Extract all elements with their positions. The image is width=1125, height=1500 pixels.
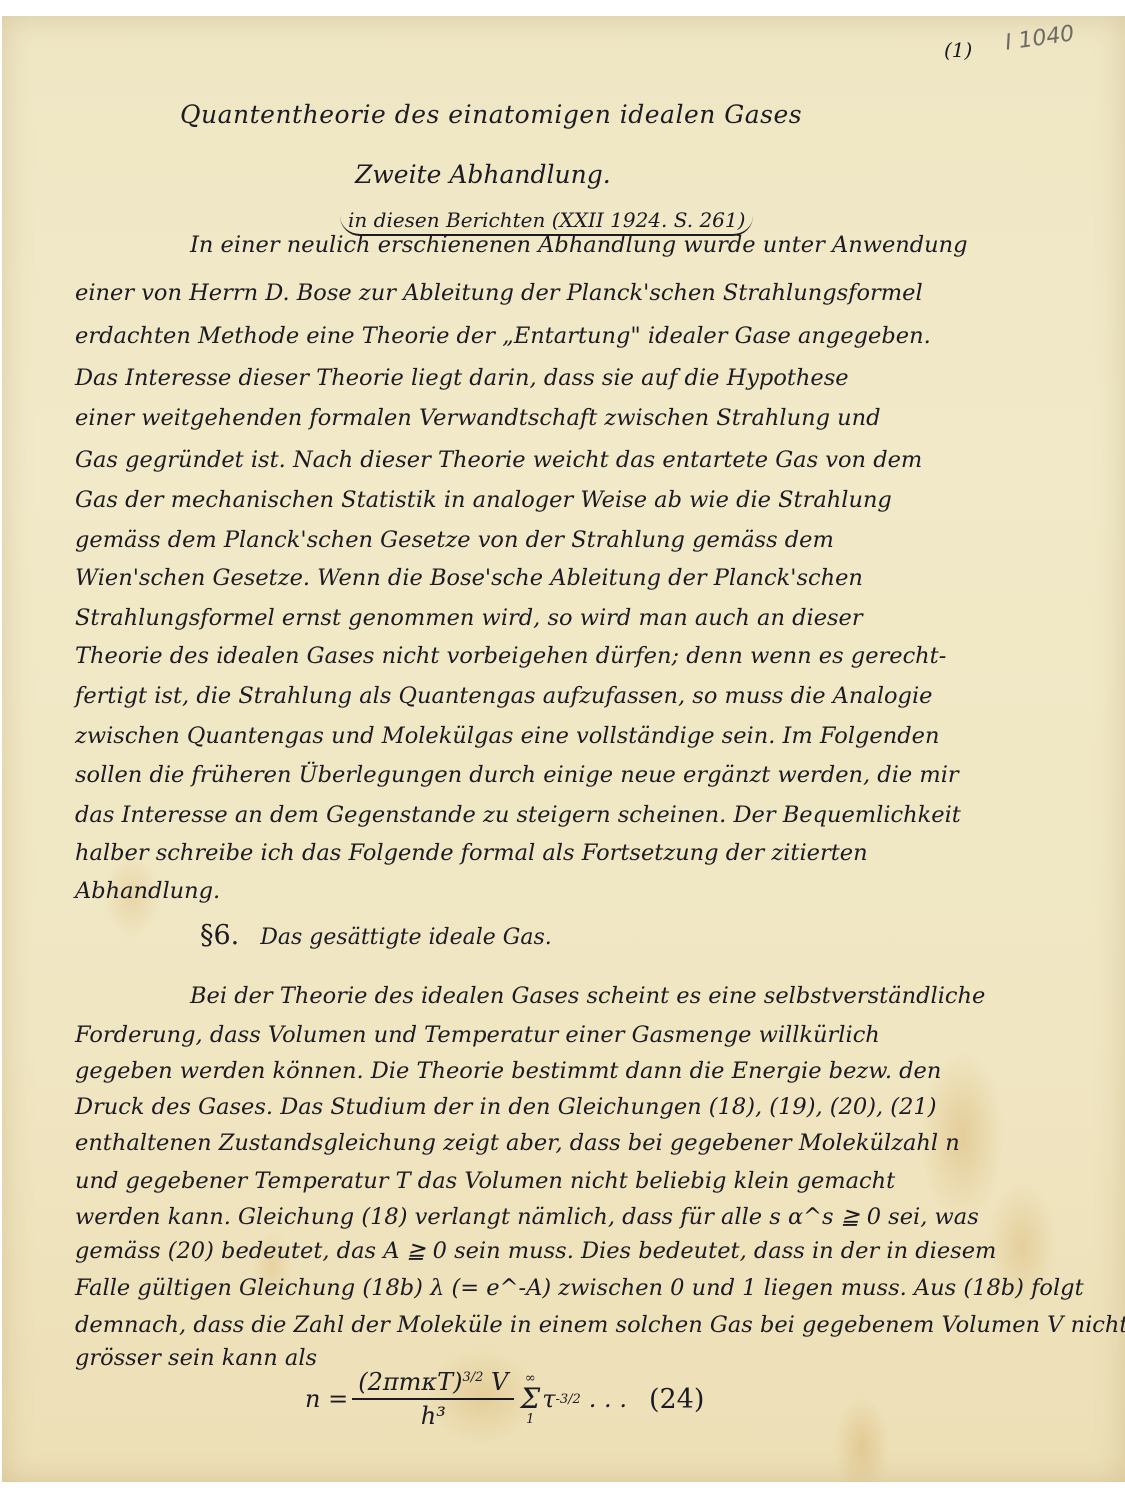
text-line: demnach, dass die Zahl der Moleküle in e… bbox=[75, 1312, 1125, 1338]
equation-dots: . . . bbox=[589, 1385, 627, 1413]
text-line: In einer neulich erschienenen Abhandlung… bbox=[190, 232, 968, 258]
equation-label: (24) bbox=[649, 1384, 704, 1415]
text-line: Das Interesse dieser Theorie liegt darin… bbox=[75, 365, 849, 391]
text-line: Wien'schen Gesetze. Wenn die Bose'sche A… bbox=[75, 565, 863, 591]
text-line: Abhandlung. bbox=[75, 878, 220, 904]
page-number: (1) bbox=[944, 38, 972, 62]
text-line: gegeben werden können. Die Theorie besti… bbox=[75, 1058, 941, 1084]
text-line: und gegebener Temperatur T das Volumen n… bbox=[75, 1168, 895, 1194]
summation-symbol: ∞ Σ 1 bbox=[520, 1372, 540, 1426]
text-line: gemäss dem Planck'schen Gesetze von der … bbox=[75, 527, 834, 553]
text-line: einer von Herrn D. Bose zur Ableitung de… bbox=[75, 280, 923, 306]
text-line: Druck des Gases. Das Studium der in den … bbox=[75, 1094, 936, 1120]
text-line: Gas der mechanischen Statistik in analog… bbox=[75, 487, 892, 513]
text-line: Gas gegründet ist. Nach dieser Theorie w… bbox=[75, 447, 922, 473]
text-line: einer weitgehenden formalen Verwandtscha… bbox=[75, 405, 881, 431]
summation-exponent: -3/2 bbox=[555, 1392, 580, 1407]
text-line: Falle gültigen Gleichung (18b) λ (= e^-A… bbox=[75, 1275, 1084, 1301]
section-number: §6. bbox=[200, 920, 239, 951]
equation-numerator: (2πmκT)3/2 V bbox=[352, 1368, 514, 1400]
section-title: Das gesättigte ideale Gas. bbox=[260, 925, 551, 950]
text-line: grösser sein kann als bbox=[75, 1345, 317, 1371]
text-line: Theorie des idealen Gases nicht vorbeige… bbox=[75, 643, 946, 669]
summation-term: τ bbox=[542, 1385, 555, 1413]
text-line: zwischen Quantengas und Molekülgas eine … bbox=[75, 723, 939, 749]
text-line: sollen die früheren Überlegungen durch e… bbox=[75, 762, 959, 788]
equation-24: n = (2πmκT)3/2 V h³ ∞ Σ 1 τ-3/2 . . . (2… bbox=[305, 1368, 704, 1430]
document-title: Quantentheorie des einatomigen idealen G… bbox=[180, 100, 802, 129]
equation-fraction: (2πmκT)3/2 V h³ bbox=[352, 1368, 514, 1430]
equation-denominator: h³ bbox=[421, 1400, 446, 1430]
document-subtitle: Zweite Abhandlung. bbox=[355, 160, 611, 189]
text-line: erdachten Methode eine Theorie der „Enta… bbox=[75, 323, 931, 349]
text-line: fertigt ist, die Strahlung als Quantenga… bbox=[75, 683, 932, 709]
text-line: enthaltenen Zustandsgleichung zeigt aber… bbox=[75, 1130, 960, 1156]
equation-lhs: n = bbox=[305, 1385, 348, 1413]
text-line: halber schreibe ich das Folgende formal … bbox=[75, 840, 868, 866]
text-line: werden kann. Gleichung (18) verlangt näm… bbox=[75, 1204, 979, 1230]
text-line: Forderung, dass Volumen und Temperatur e… bbox=[75, 1022, 880, 1048]
text-line: das Interesse an dem Gegenstande zu stei… bbox=[75, 802, 961, 828]
text-line: gemäss (20) bedeutet, das A ≧ 0 sein mus… bbox=[75, 1238, 996, 1264]
text-line: Bei der Theorie des idealen Gases schein… bbox=[190, 983, 985, 1009]
section-heading: §6. Das gesättigte ideale Gas. bbox=[200, 920, 552, 951]
text-line: Strahlungsformel ernst genommen wird, so… bbox=[75, 605, 863, 631]
